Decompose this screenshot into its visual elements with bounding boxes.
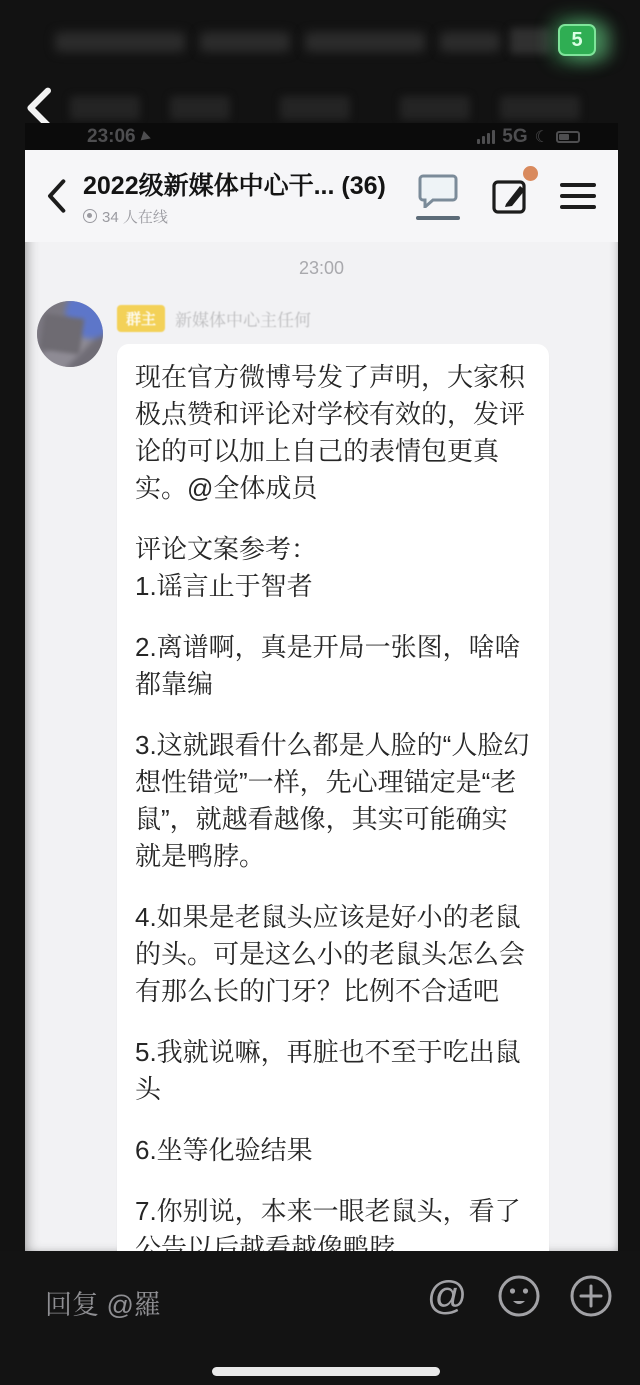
home-indicator[interactable] bbox=[212, 1367, 440, 1376]
blurred-text bbox=[305, 32, 425, 52]
dnd-moon-icon: ☾ bbox=[535, 127, 549, 147]
message-row: 群主 新媒体中心主任何 现在官方微博号发了声明，大家积极点赞和评论对学校有效的，… bbox=[25, 279, 618, 1251]
blurred-tab bbox=[170, 96, 230, 120]
sender-avatar bbox=[37, 301, 103, 367]
signal-icon bbox=[510, 28, 550, 54]
message-paragraph: 现在官方微博号发了声明，大家积极点赞和评论对学校有效的，发评论的可以加上自己的表… bbox=[135, 359, 531, 507]
reply-bar: 回复 @羅 @ bbox=[0, 1251, 640, 1385]
chat-tab-icon bbox=[418, 172, 460, 220]
network-label: 5G bbox=[502, 126, 527, 148]
message-paragraph: 4.如果是老鼠头应该是好小的老鼠的头。可是这么小的老鼠头怎么会有那么长的门牙？比… bbox=[135, 899, 531, 1010]
battery-icon bbox=[556, 131, 580, 143]
blurred-tab bbox=[400, 96, 470, 120]
screenshot-image[interactable]: 23:06 5G ☾ 2022级新媒体中心干... (36) 34 人在线 bbox=[25, 123, 618, 1251]
reply-input[interactable]: 回复 @羅 bbox=[45, 1283, 161, 1322]
signal-bars-icon bbox=[477, 130, 495, 144]
blurred-tab bbox=[70, 96, 140, 120]
active-tab-underline bbox=[416, 216, 460, 220]
battery-badge: 5 bbox=[558, 24, 596, 56]
message-bubble: 现在官方微博号发了声明，大家积极点赞和评论对学校有效的，发评论的可以加上自己的表… bbox=[117, 344, 549, 1251]
message-paragraph: 3.这就跟看什么都是人脸的“人脸幻想性错觉”一样，先心理锚定是“老鼠”，就越看越… bbox=[135, 727, 531, 875]
mention-at-icon[interactable]: @ bbox=[424, 1273, 470, 1319]
blurred-text bbox=[55, 32, 185, 52]
outer-status-strip: 5 bbox=[55, 18, 595, 66]
blurred-text bbox=[200, 32, 290, 52]
notification-dot bbox=[523, 166, 538, 181]
owner-badge: 群主 bbox=[117, 305, 165, 332]
message-paragraph: 6.坐等化验结果 bbox=[135, 1132, 531, 1169]
location-arrow-icon bbox=[140, 130, 152, 142]
plus-icon[interactable] bbox=[568, 1273, 614, 1319]
message-paragraph: 评论文案参考： 1.谣言止于智者 bbox=[135, 531, 531, 605]
online-count: 34 人在线 bbox=[102, 206, 168, 227]
online-status-icon bbox=[83, 209, 97, 223]
compose-icon bbox=[490, 176, 530, 216]
message-paragraph: 2.离谱啊，真是开局一张图，啥啥都靠编 bbox=[135, 629, 531, 703]
message-timestamp: 23:00 bbox=[25, 258, 618, 279]
blurred-tab bbox=[500, 96, 580, 120]
blurred-tab bbox=[280, 96, 350, 120]
status-time: 23:06 bbox=[87, 126, 136, 148]
message-paragraph: 7.你别说，本来一眼老鼠头，看了公告以后越看越像鸭脖 bbox=[135, 1193, 531, 1251]
chat-back-icon bbox=[41, 176, 75, 216]
chat-header: 2022级新媒体中心干... (36) 34 人在线 bbox=[25, 150, 618, 242]
group-title: 2022级新媒体中心干... (36) bbox=[83, 166, 418, 202]
menu-icon bbox=[560, 183, 596, 209]
message-paragraph: 5.我就说嘛，再脏也不至于吃出鼠头 bbox=[135, 1034, 531, 1108]
blurred-text bbox=[440, 32, 500, 52]
emoji-icon[interactable] bbox=[496, 1273, 542, 1319]
sender-name: 新媒体中心主任何 bbox=[175, 306, 311, 331]
photo-status-bar: 23:06 5G ☾ bbox=[25, 123, 618, 150]
